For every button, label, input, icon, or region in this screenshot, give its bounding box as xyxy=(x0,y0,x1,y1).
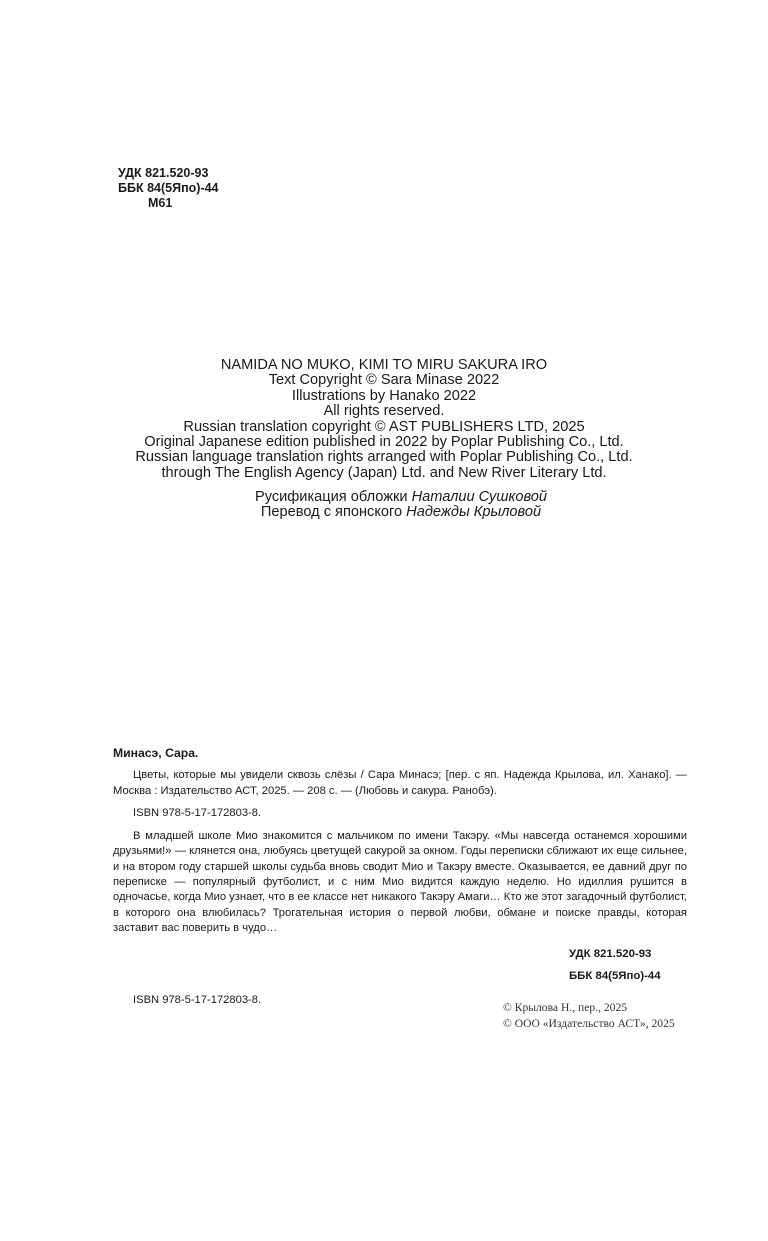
translation-copyright: Russian translation copyright © AST PUBL… xyxy=(0,420,768,435)
agency: through The English Agency (Japan) Ltd. … xyxy=(0,466,768,481)
catalog-description: Цветы, которые мы увидели сквозь слёзы /… xyxy=(113,768,687,799)
catalog-codes: УДК 821.520-93 ББК 84(5Япо)-44 xyxy=(113,943,687,987)
cover-credit-name: Наталии Сушковой xyxy=(412,489,547,505)
udk-code: УДК 821.520-93 xyxy=(118,166,219,181)
original-edition: Original Japanese edition published in 2… xyxy=(0,435,768,450)
translation-credit-name: Надежды Крыловой xyxy=(406,504,541,520)
translation-credit-label: Перевод с японского xyxy=(261,504,406,520)
cover-credit: Русификация обложки Наталии Сушковой xyxy=(0,490,768,505)
bottom-copyright: © Крылова Н., пер., 2025 © ООО «Издатель… xyxy=(503,1000,675,1031)
author-mark: М61 xyxy=(118,196,219,211)
catalog-bbk: ББК 84(5Япо)-44 xyxy=(569,965,687,987)
rights-arranged: Russian language translation rights arra… xyxy=(0,450,768,465)
credits-block: Русификация обложки Наталии Сушковой Пер… xyxy=(0,490,768,521)
copyright-block: NAMIDA NO MUKO, KIMI TO MIRU SAKURA IRO … xyxy=(0,358,768,481)
catalog-author: Минасэ, Сара. xyxy=(113,746,687,761)
catalog-isbn: ISBN 978-5-17-172803-8. xyxy=(113,806,687,821)
translation-credit: Перевод с японского Надежды Крыловой xyxy=(0,505,768,520)
cover-credit-label: Русификация обложки xyxy=(255,489,412,505)
text-copyright: Text Copyright © Sara Minase 2022 xyxy=(0,373,768,388)
translator-copyright: © Крылова Н., пер., 2025 xyxy=(503,1000,675,1016)
illustrations-credit: Illustrations by Hanako 2022 xyxy=(0,389,768,404)
catalog-udk: УДК 821.520-93 xyxy=(569,943,687,965)
classification-codes: УДК 821.520-93 ББК 84(5Япо)-44 М61 xyxy=(118,166,219,211)
bbk-code: ББК 84(5Япо)-44 xyxy=(118,181,219,196)
original-title: NAMIDA NO MUKO, KIMI TO MIRU SAKURA IRO xyxy=(0,358,768,373)
catalog-record: Минасэ, Сара. Цветы, которые мы увидели … xyxy=(113,746,687,1009)
publisher-copyright: © ООО «Издательство АСТ», 2025 xyxy=(503,1016,675,1032)
rights-reserved: All rights reserved. xyxy=(0,404,768,419)
catalog-annotation: В младшей школе Мио знакомится с мальчик… xyxy=(113,829,687,936)
